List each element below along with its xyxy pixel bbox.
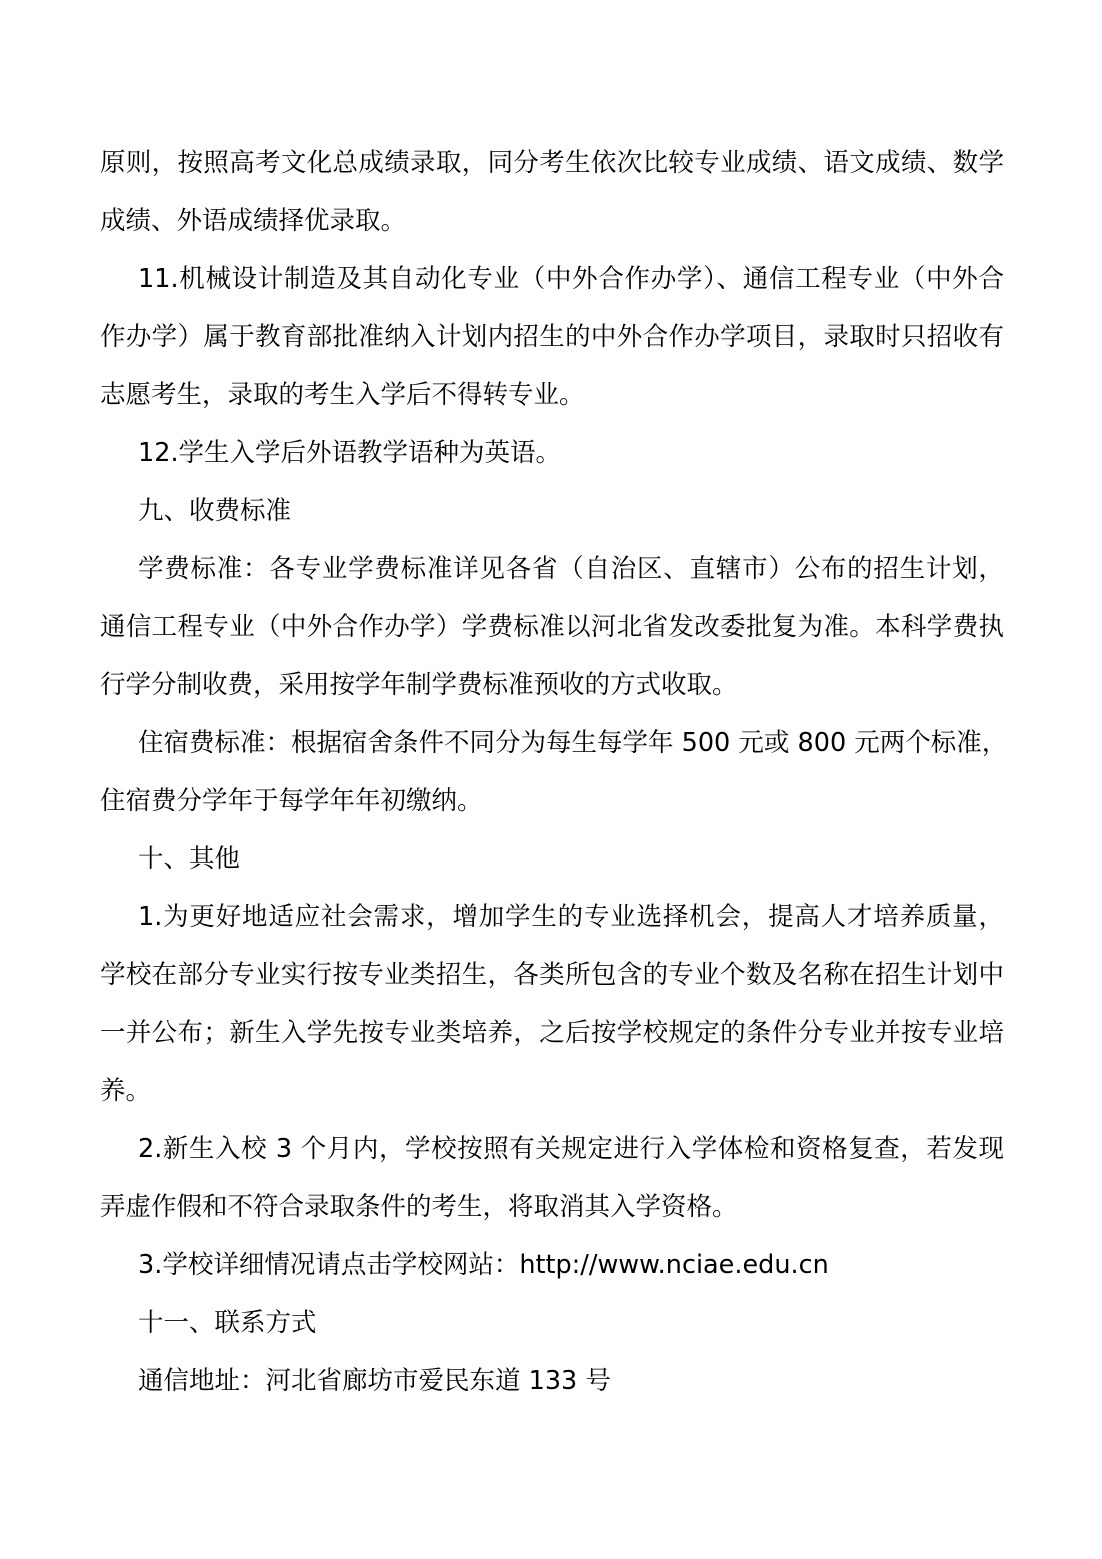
text-line: 养。 (100, 1062, 1004, 1120)
text-line: 2.新生入校 3 个月内，学校按照有关规定进行入学体检和资格复查，若发现 (100, 1120, 1004, 1178)
text-line: 学校在部分专业实行按专业类招生，各类所包含的专业个数及名称在招生计划中 (100, 946, 1004, 1004)
heading-text: 十一、联系方式 (100, 1294, 1004, 1352)
text-line: 原则，按照高考文化总成绩录取，同分考生依次比较专业成绩、语文成绩、数学 (100, 134, 1004, 192)
text-line: 3.学校详细情况请点击学校网站：http://www.nciae.edu.cn (100, 1236, 1004, 1294)
text-line: 1.为更好地适应社会需求，增加学生的专业选择机会，提高人才培养质量， (100, 888, 1004, 946)
paragraph-other-1: 1.为更好地适应社会需求，增加学生的专业选择机会，提高人才培养质量， 学校在部分… (100, 888, 1004, 1120)
heading-text: 十、其他 (100, 830, 1004, 888)
text-line: 住宿费标准：根据宿舍条件不同分为每生每学年 500 元或 800 元两个标准， (100, 714, 1004, 772)
paragraph-accommodation-standard: 住宿费标准：根据宿舍条件不同分为每生每学年 500 元或 800 元两个标准， … (100, 714, 1004, 830)
text-line: 行学分制收费，采用按学年制学费标准预收的方式收取。 (100, 656, 1004, 714)
text-line: 学费标准：各专业学费标准详见各省（自治区、直辖市）公布的招生计划， (100, 540, 1004, 598)
paragraph-mailing-address: 通信地址：河北省廊坊市爱民东道 133 号 (100, 1352, 1004, 1410)
paragraph-item-12: 12.学生入学后外语教学语种为英语。 (100, 424, 1004, 482)
paragraph-other-2: 2.新生入校 3 个月内，学校按照有关规定进行入学体检和资格复查，若发现 弄虚作… (100, 1120, 1004, 1236)
text-line: 通信工程专业（中外合作办学）学费标准以河北省发改委批复为准。本科学费执 (100, 598, 1004, 656)
text-line: 通信地址：河北省廊坊市爱民东道 133 号 (100, 1352, 1004, 1410)
text-line: 作办学）属于教育部批准纳入计划内招生的中外合作办学项目，录取时只招收有 (100, 308, 1004, 366)
text-line: 11.机械设计制造及其自动化专业（中外合作办学）、通信工程专业（中外合 (100, 250, 1004, 308)
paragraph-tuition-standard: 学费标准：各专业学费标准详见各省（自治区、直辖市）公布的招生计划， 通信工程专业… (100, 540, 1004, 714)
section-heading-other: 十、其他 (100, 830, 1004, 888)
text-line: 弄虚作假和不符合录取条件的考生，将取消其入学资格。 (100, 1178, 1004, 1236)
paragraph-other-3-website: 3.学校详细情况请点击学校网站：http://www.nciae.edu.cn (100, 1236, 1004, 1294)
text-line: 一并公布；新生入学先按专业类培养，之后按学校规定的条件分专业并按专业培 (100, 1004, 1004, 1062)
paragraph-continuation: 原则，按照高考文化总成绩录取，同分考生依次比较专业成绩、语文成绩、数学 成绩、外… (100, 134, 1004, 250)
text-line: 成绩、外语成绩择优录取。 (100, 192, 1004, 250)
text-line: 12.学生入学后外语教学语种为英语。 (100, 424, 1004, 482)
section-heading-contact: 十一、联系方式 (100, 1294, 1004, 1352)
text-line: 志愿考生，录取的考生入学后不得转专业。 (100, 366, 1004, 424)
section-heading-fees: 九、收费标准 (100, 482, 1004, 540)
text-line: 住宿费分学年于每学年年初缴纳。 (100, 772, 1004, 830)
paragraph-item-11: 11.机械设计制造及其自动化专业（中外合作办学）、通信工程专业（中外合 作办学）… (100, 250, 1004, 424)
document-page: 原则，按照高考文化总成绩录取，同分考生依次比较专业成绩、语文成绩、数学 成绩、外… (100, 134, 1004, 1410)
heading-text: 九、收费标准 (100, 482, 1004, 540)
